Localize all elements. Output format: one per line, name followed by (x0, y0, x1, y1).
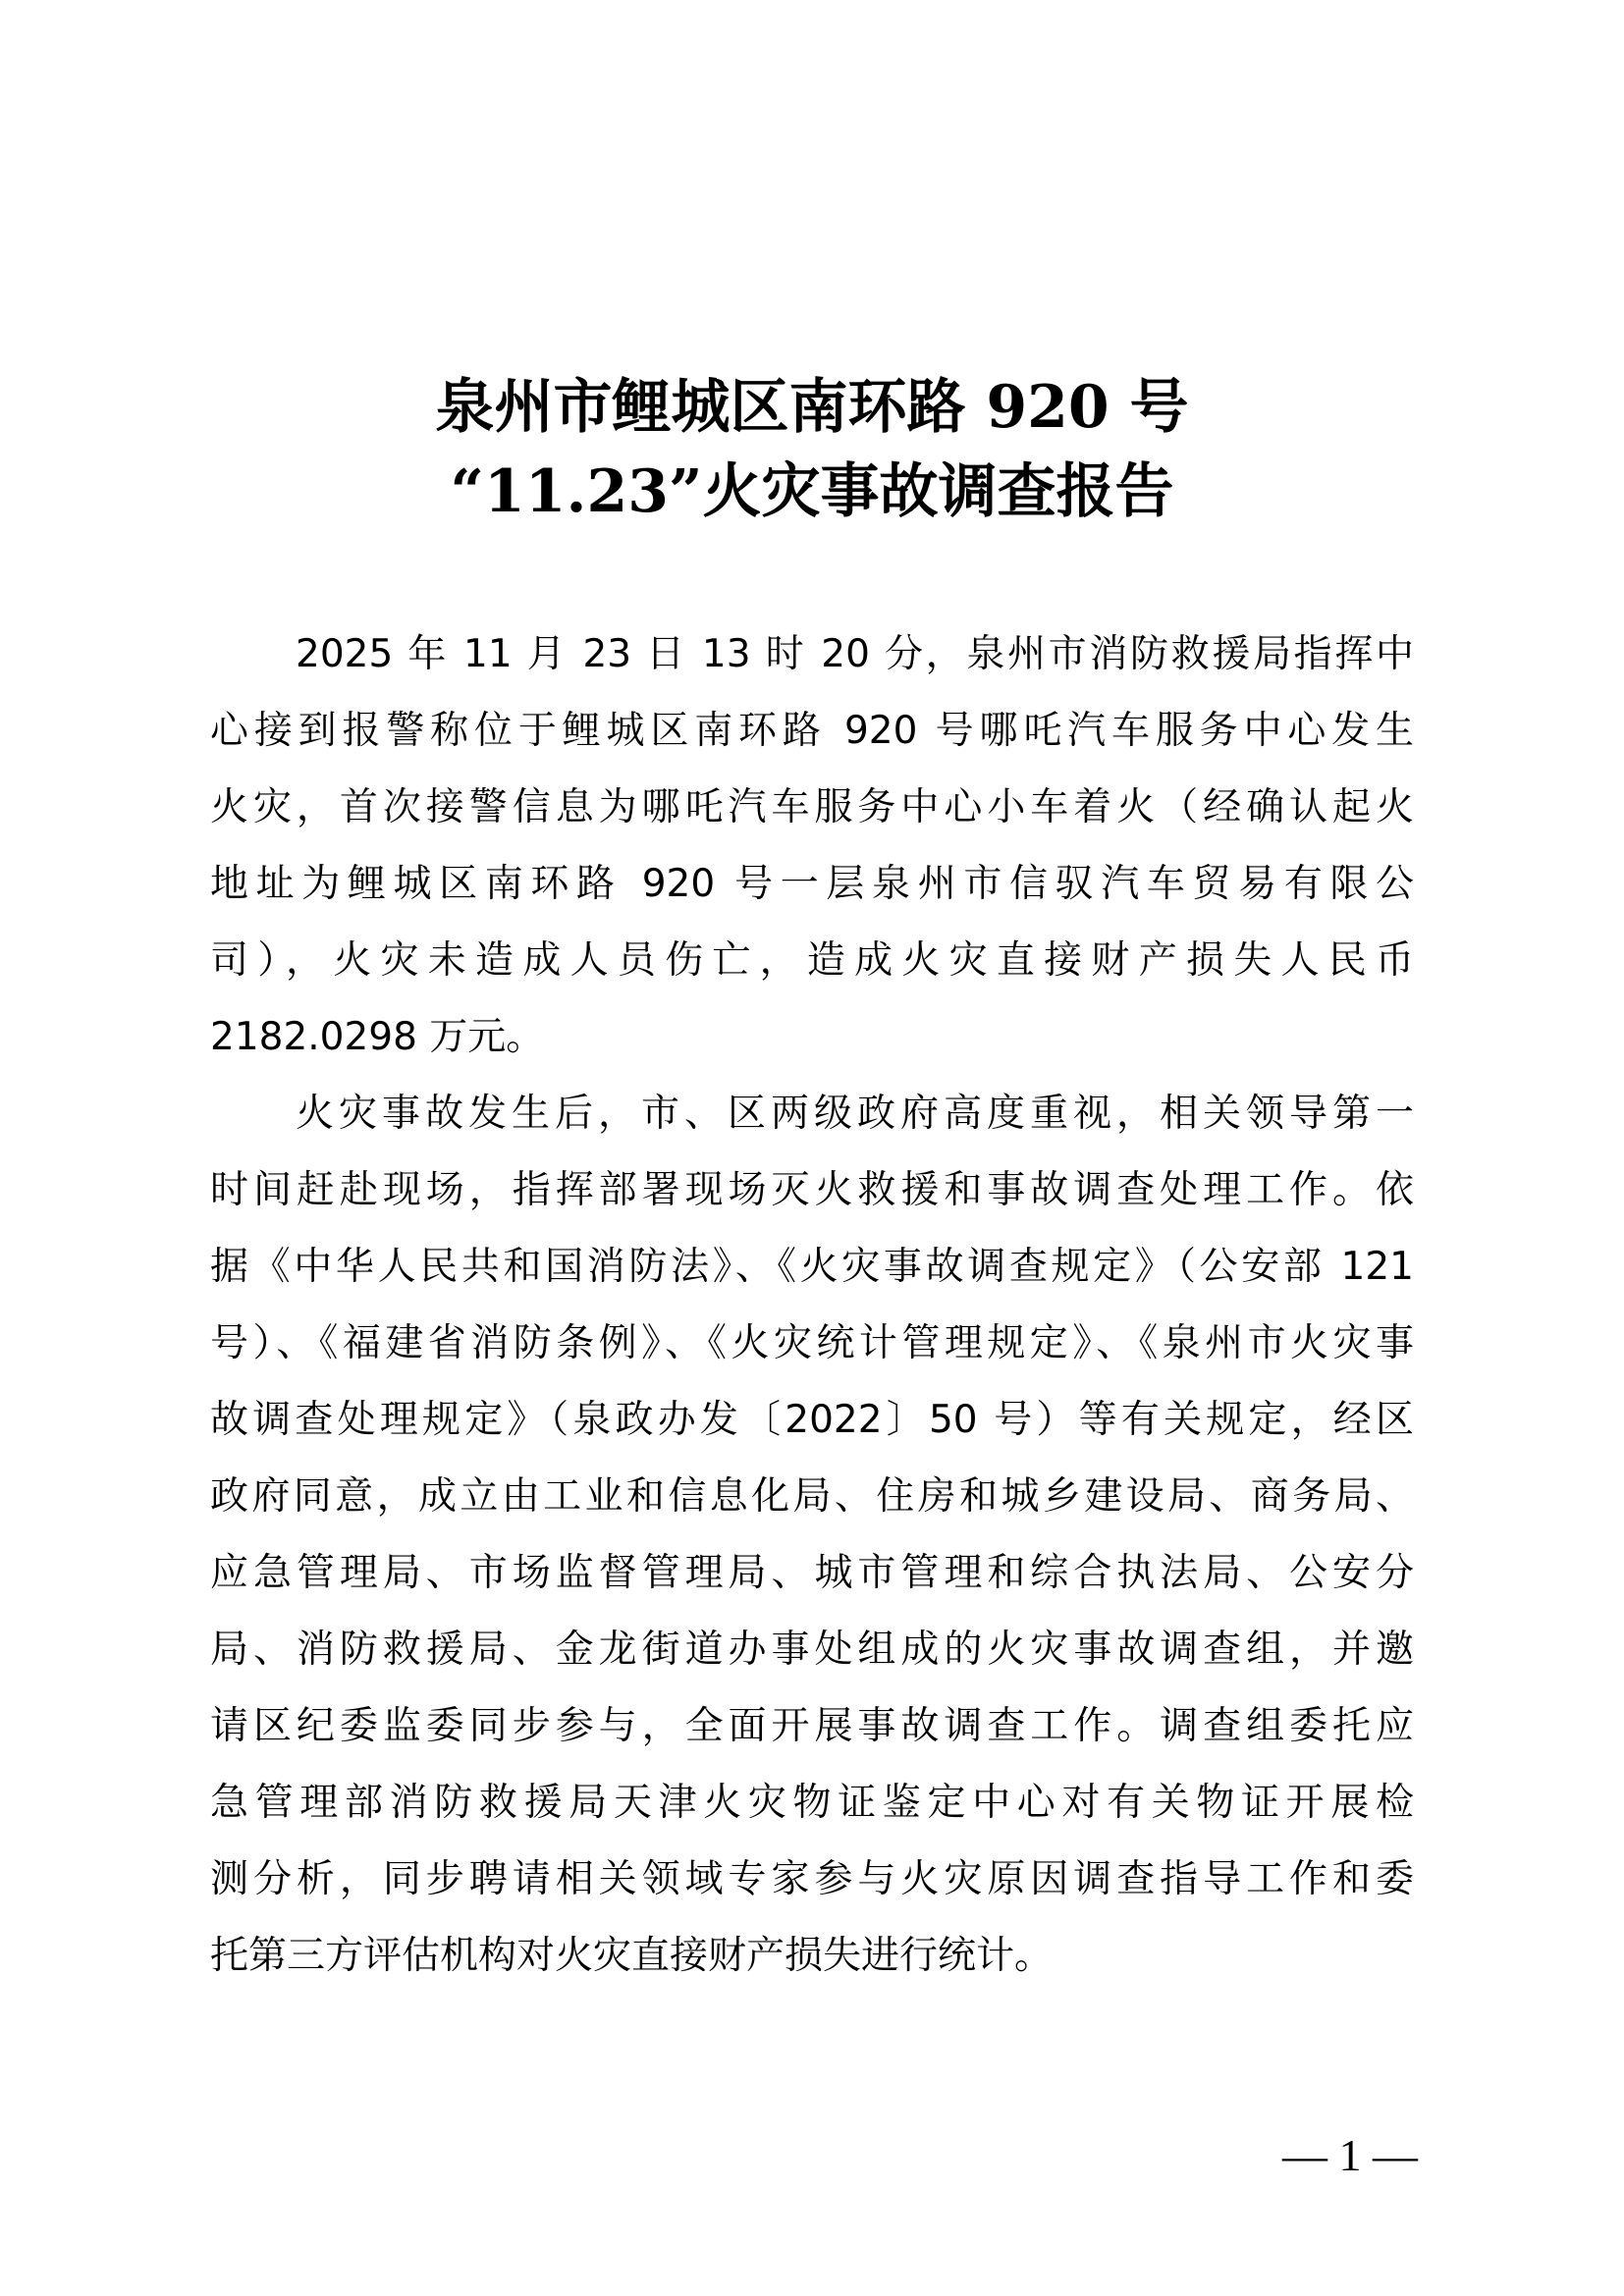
text-line: 急管理部消防救援局天津火灾物证鉴定中心对有关物证开展检 (210, 1765, 1414, 1842)
text-line: 故调查处理规定》（泉政办发〔2022〕50 号）等有关规定，经区 (210, 1382, 1414, 1459)
text-line: 火灾，首次接警信息为哪吒汽车服务中心小车着火（经确认起火 (210, 770, 1414, 846)
text-line: 地址为鲤城区南环路 920 号一层泉州市信驭汽车贸易有限公 (210, 846, 1414, 923)
text-line: 应急管理局、市场监督管理局、城市管理和综合执法局、公安分 (210, 1535, 1414, 1612)
title-line-1: 泉州市鲤城区南环路 920 号 (0, 365, 1624, 450)
text-line: 测分析，同步聘请相关领域专家参与火灾原因调查指导工作和委 (210, 1842, 1414, 1918)
paragraph-incident-summary: 2025 年 11 月 23 日 13 时 20 分，泉州市消防救援局指挥中 心… (210, 616, 1414, 1076)
document-title: 泉州市鲤城区南环路 920 号 “11.23”火灾事故调查报告 (0, 365, 1624, 534)
text-line: 心接到报警称位于鲤城区南环路 920 号哪吒汽车服务中心发生 (210, 693, 1414, 770)
text-line: 司），火灾未造成人员伤亡，造成火灾直接财产损失人民币 (210, 923, 1414, 999)
text-line: 2025 年 11 月 23 日 13 时 20 分，泉州市消防救援局指挥中 (210, 616, 1414, 693)
text-line: 2182.0298 万元。 (210, 999, 1414, 1076)
document-body: 2025 年 11 月 23 日 13 时 20 分，泉州市消防救援局指挥中 心… (210, 616, 1414, 1995)
title-line-2: “11.23”火灾事故调查报告 (0, 450, 1624, 534)
page-number: — 1 — (1276, 2128, 1424, 2183)
text-line: 请区纪委监委同步参与，全面开展事故调查工作。调查组委托应 (210, 1688, 1414, 1765)
text-line: 局、消防救援局、金龙街道办事处组成的火灾事故调查组，并邀 (210, 1612, 1414, 1688)
text-line: 托第三方评估机构对火灾直接财产损失进行统计。 (210, 1918, 1414, 1995)
text-line: 号）、《福建省消防条例》、《火灾统计管理规定》、《泉州市火灾事 (210, 1306, 1414, 1382)
text-line: 火灾事故发生后，市、区两级政府高度重视，相关领导第一 (210, 1076, 1414, 1152)
text-line: 政府同意，成立由工业和信息化局、住房和城乡建设局、商务局、 (210, 1459, 1414, 1535)
text-line: 时间赶赴现场，指挥部署现场灭火救援和事故调查处理工作。依 (210, 1152, 1414, 1229)
paragraph-investigation: 火灾事故发生后，市、区两级政府高度重视，相关领导第一 时间赶赴现场，指挥部署现场… (210, 1076, 1414, 1995)
document-page: 泉州市鲤城区南环路 920 号 “11.23”火灾事故调查报告 2025 年 1… (0, 0, 1624, 2296)
text-line: 据《中华人民共和国消防法》、《火灾事故调查规定》（公安部 121 (210, 1229, 1414, 1306)
